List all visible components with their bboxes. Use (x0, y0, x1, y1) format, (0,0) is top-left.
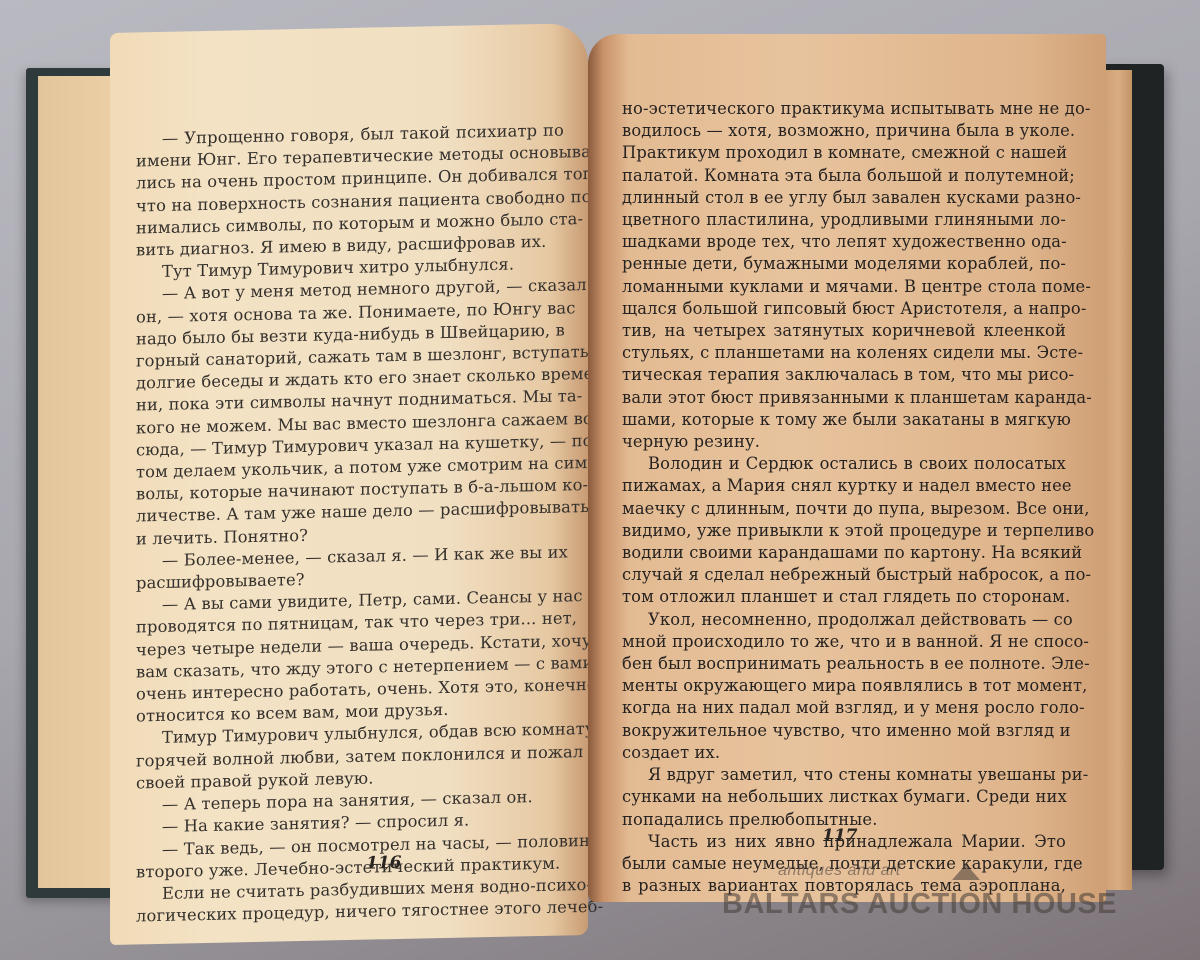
text-line: тическая терапия заключалась в том, что … (622, 364, 1066, 386)
text-line: палатой. Комната эта была большой и полу… (622, 165, 1066, 187)
text-line: цветного пластилина, уродливыми глиняным… (622, 209, 1066, 231)
text-line: ренные дети, бумажными моделями кораблей… (622, 253, 1066, 275)
text-line: длинный стол в ее углу был завален куска… (622, 187, 1066, 209)
text-line: щался большой гипсовый бюст Аристотеля, … (622, 298, 1066, 320)
text-line: создает их. (622, 742, 1066, 764)
text-line: ломанными куклами и мячами. В центре сто… (622, 276, 1066, 298)
text-line: сунками на небольших листках бумаги. Сре… (622, 786, 1066, 808)
text-line: Володин и Сердюк остались в своих полоса… (622, 453, 1066, 475)
text-line: Я вдруг заметил, что стены комнаты увеша… (622, 764, 1066, 786)
text-line: вали этот бюст привязанными к планшетам … (622, 387, 1066, 409)
text-line: видимо, уже привыкли к этой процедуре и … (622, 520, 1066, 542)
text-line: но-эстетического практикума испытывать м… (622, 98, 1066, 120)
page-number-left: 116 (366, 853, 402, 874)
text-line: черную резину. (622, 431, 1066, 453)
text-line: Укол, несомненно, продолжал действовать … (622, 609, 1066, 631)
text-line: шадками вроде тех, что лепят художествен… (622, 231, 1066, 253)
right-page-text: но-эстетического практикума испытывать м… (622, 98, 1066, 897)
text-line: пижамах, а Мария снял куртку и надел вме… (622, 475, 1066, 497)
right-page: но-эстетического практикума испытывать м… (588, 34, 1106, 902)
crown-icon (952, 864, 980, 880)
text-line: том отложил планшет и стал глядеть по ст… (622, 586, 1066, 608)
text-line: тив, на четырех затянутых коричневой кле… (622, 320, 1066, 342)
text-line: маечку с длинным, почти до пупа, вырезом… (622, 498, 1066, 520)
text-line: случай я сделал небрежный быстрый наброс… (622, 564, 1066, 586)
text-line: водили своими карандашами по картону. На… (622, 542, 1066, 564)
text-line: водилось — хотя, возможно, причина была … (622, 120, 1066, 142)
text-line: менты окружающего мира появлялись в тот … (622, 675, 1066, 697)
left-page: — Упрощенно говоря, был такой психиатр п… (110, 23, 588, 945)
page-number-right: 117 (822, 826, 858, 846)
text-line: бен был воспринимать реальность в ее пол… (622, 653, 1066, 675)
text-line: когда на них падал мой взгляд, и у меня … (622, 697, 1066, 719)
watermark-tagline: antiques and art (778, 862, 901, 880)
text-line: Практикум проходил в комнате, смежной с … (622, 142, 1066, 164)
left-page-text: — Упрощенно говоря, был такой психиатр п… (136, 119, 564, 927)
page-edges-left (38, 76, 118, 888)
text-line: стульях, с планшетами на коленях сидели … (622, 342, 1066, 364)
text-line: шами, которые к тому же были закатаны в … (622, 409, 1066, 431)
text-line: вокружительное чувство, что именно мой в… (622, 720, 1066, 742)
text-line: мной происходило то же, что и в ванной. … (622, 631, 1066, 653)
watermark-name: BALTARS AUCTION HOUSE (722, 888, 1117, 921)
